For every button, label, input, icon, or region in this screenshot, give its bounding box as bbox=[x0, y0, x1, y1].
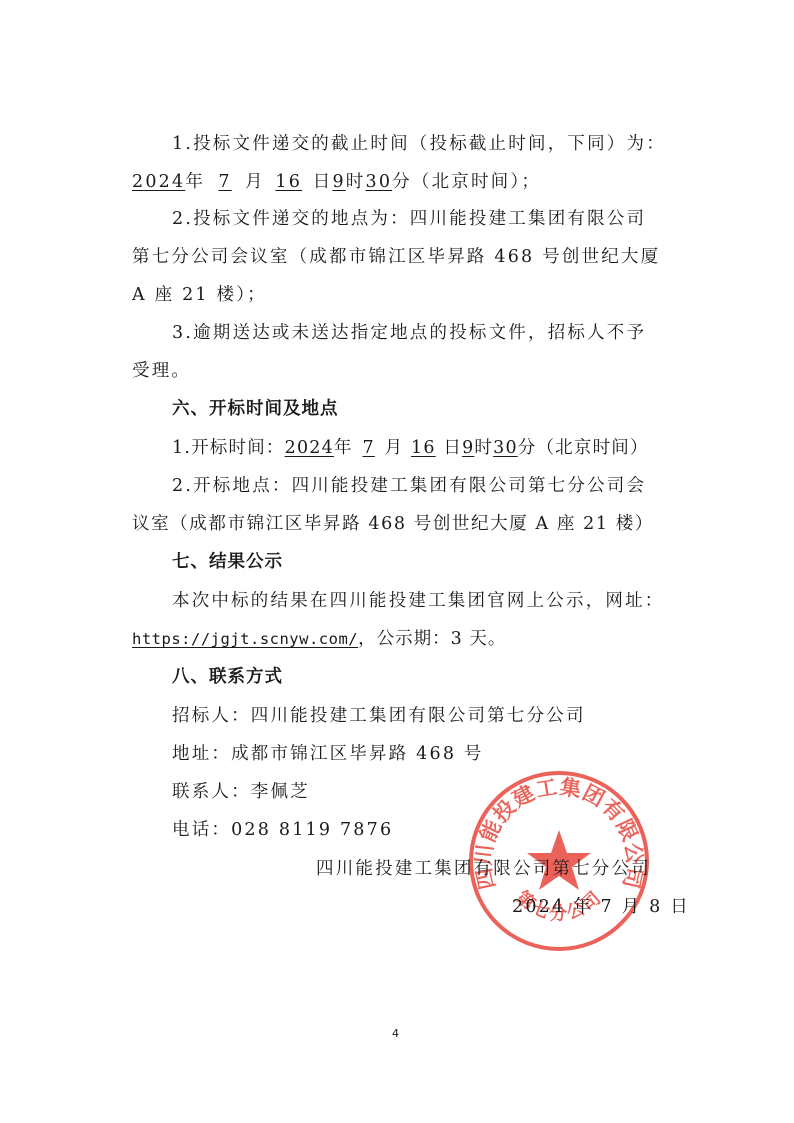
deadline-item-line: 1.投标文件递交的截止时间（投标截止时间，下同）为： bbox=[172, 132, 702, 156]
section8-heading: 八、联系方式 bbox=[172, 665, 702, 689]
deadline-year: 2024 bbox=[132, 172, 185, 192]
opening-location-line2: 议室（成都市锦江区毕昇路 468 号创世纪大厦 A 座 21 楼） bbox=[132, 512, 662, 536]
late-submission-line2: 受理。 bbox=[132, 359, 662, 383]
submission-location-line1: 2.投标文件递交的地点为：四川能投建工集团有限公司 bbox=[172, 207, 702, 231]
opening-time-line: 1.开标时间：2024年7月16日9时30分（北京时间） bbox=[172, 436, 702, 460]
signature-date: 2024 年 7 月 8 日 bbox=[512, 895, 690, 919]
deadline-hour: 9 bbox=[332, 172, 345, 192]
result-url-line: https://jgjt.scnyw.com/，公示期：3 天。 bbox=[132, 627, 662, 651]
section6-heading: 六、开标时间及地点 bbox=[172, 397, 702, 421]
opening-location-line1: 2.开标地点：四川能投建工集团有限公司第七分公司会 bbox=[172, 474, 702, 498]
opening-year: 2024 bbox=[285, 438, 334, 458]
deadline-month: 7 bbox=[205, 170, 245, 194]
phone-line: 电话：028 8119 7876 bbox=[172, 818, 702, 842]
result-publication-line: 本次中标的结果在四川能投建工集团官网上公示，网址： bbox=[172, 589, 702, 613]
opening-hour: 9 bbox=[462, 438, 474, 458]
late-submission-line1: 3.逾期送达或未送达指定地点的投标文件，招标人不予 bbox=[172, 321, 702, 345]
deadline-minute: 30 bbox=[366, 172, 393, 192]
opening-minute: 30 bbox=[493, 438, 518, 458]
submission-location-line3: A 座 21 楼）； bbox=[132, 283, 662, 307]
opening-day: 16 bbox=[403, 436, 443, 460]
deadline-day: 16 bbox=[265, 170, 313, 194]
result-url-link[interactable]: https://jgjt.scnyw.com/ bbox=[132, 630, 358, 648]
submission-location-line2: 第七分公司会议室（成都市锦江区毕昇路 468 号创世纪大厦 bbox=[132, 245, 662, 269]
section7-heading: 七、结果公示 bbox=[172, 550, 702, 574]
signature-org: 四川能投建工集团有限公司第七分公司 bbox=[316, 857, 651, 881]
deadline-date-line: 2024年7月16日9时30分（北京时间）； bbox=[132, 170, 662, 194]
page-number: 4 bbox=[392, 1027, 399, 1040]
tenderer-line: 招标人：四川能投建工集团有限公司第七分公司 bbox=[172, 704, 702, 728]
opening-month: 7 bbox=[353, 436, 385, 460]
address-line: 地址：成都市锦江区毕昇路 468 号 bbox=[172, 742, 702, 766]
contact-person-line: 联系人：李佩芝 bbox=[172, 780, 702, 804]
